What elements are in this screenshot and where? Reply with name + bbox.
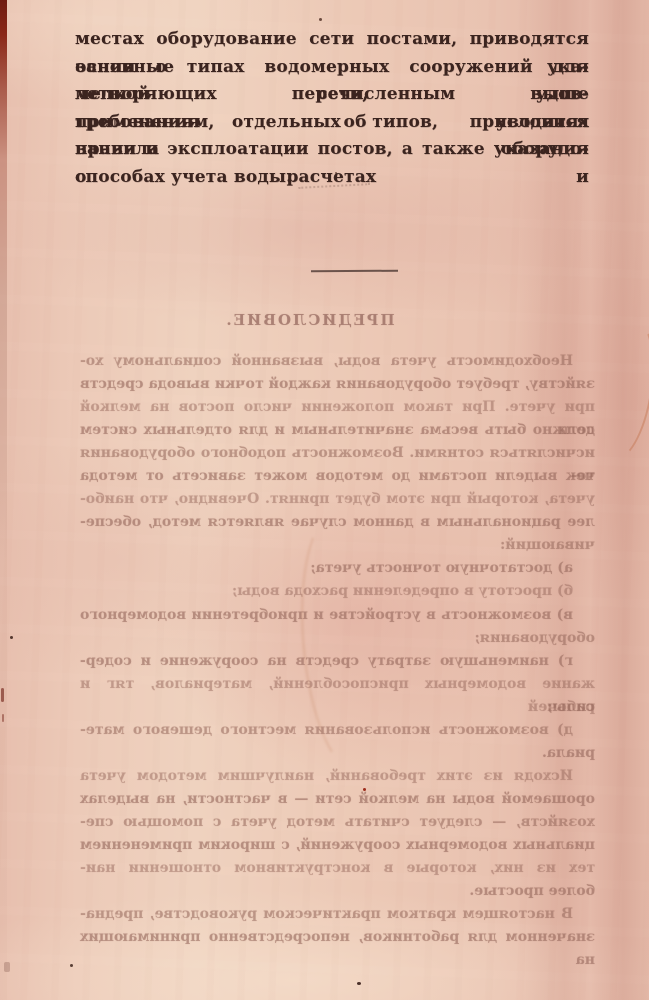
binding-edge-shadow <box>0 0 7 1000</box>
bleed-line: Необходимость учета воды, вызванной соци… <box>80 350 595 373</box>
text-line: зания о типах водомерных сооружений для … <box>75 54 589 82</box>
bleed-line: более простые. <box>80 880 595 903</box>
bleed-line: В настоящем кратком практическом руковод… <box>80 903 595 926</box>
bleed-line: орошаемой воды на мелкой сети — в частно… <box>80 788 595 811</box>
bleed-line: при учете. При таком положении число пос… <box>80 396 595 419</box>
bleed-line: чивающий: <box>80 534 595 557</box>
bleed-line: оборудования; <box>80 627 595 650</box>
text-line: местах оборудование сети постами, привод… <box>75 26 589 54</box>
bleed-line: д) возможность использования местного де… <box>80 719 595 742</box>
bleedthrough-heading: ПРЕДИСЛОВИЕ. <box>80 300 595 331</box>
ink-speck <box>70 964 73 967</box>
top-paragraph: местах оборудование сети постами, привод… <box>75 26 589 192</box>
bleed-line: хозяйств, — следует считать метод учета … <box>80 811 595 834</box>
bleed-line: лее рациональным в данном случае являетс… <box>80 511 595 534</box>
bleed-line: учета, который при этом будет принят. Оч… <box>80 488 595 511</box>
bleed-line: а) достаточную точность учета; <box>80 557 595 580</box>
bleed-line: силы; <box>80 696 595 719</box>
bleed-line: исчисляться сотнями. Возможность подобно… <box>80 442 595 465</box>
scanned-book-page: местах оборудование сети постами, привод… <box>0 0 649 1000</box>
ink-speck <box>10 636 13 639</box>
bleed-line: тех из них, которые в конструктивном отн… <box>80 857 595 880</box>
ink-speck <box>319 18 322 21</box>
text-line: применения отдельных типов, приводятся п… <box>75 109 589 137</box>
bleed-line: б) простоту в определении расхода воды; <box>80 580 595 603</box>
bleed-line: зяйству, требует оборудования каждой точ… <box>80 373 595 396</box>
bleed-line: циальных водомерных сооружений, с широки… <box>80 834 595 857</box>
bleed-line: значенном для работников, непосредственн… <box>80 926 595 949</box>
bleedthrough-text-block: ПРЕДИСЛОВИЕ. Необходимость учета воды, в… <box>80 300 595 949</box>
bleed-line: чек выдели постами до методов может зави… <box>80 465 595 488</box>
bleed-line: в) возможность в устройстве и приобретен… <box>80 604 595 627</box>
bleed-line: жание водомерных приспособлений, материа… <box>80 673 595 696</box>
bleed-line: должно быть весьма значительным и для от… <box>80 419 595 442</box>
bleed-line: риала. <box>80 742 595 765</box>
binding-edge-mark <box>1 688 4 702</box>
ink-speck <box>357 982 361 985</box>
text-line: вания и эксплоатации постов, а также ука… <box>75 136 589 164</box>
corner-mark <box>4 962 10 972</box>
text-line: летворяющих перечисленным выше требовани… <box>75 81 589 109</box>
bleed-line: г) наименьшую затрату средств на сооруже… <box>80 650 595 673</box>
bleed-line: Исходя из этих требований, наилучшим мет… <box>80 765 595 788</box>
binding-edge-mark <box>2 714 4 722</box>
section-divider <box>311 270 398 273</box>
